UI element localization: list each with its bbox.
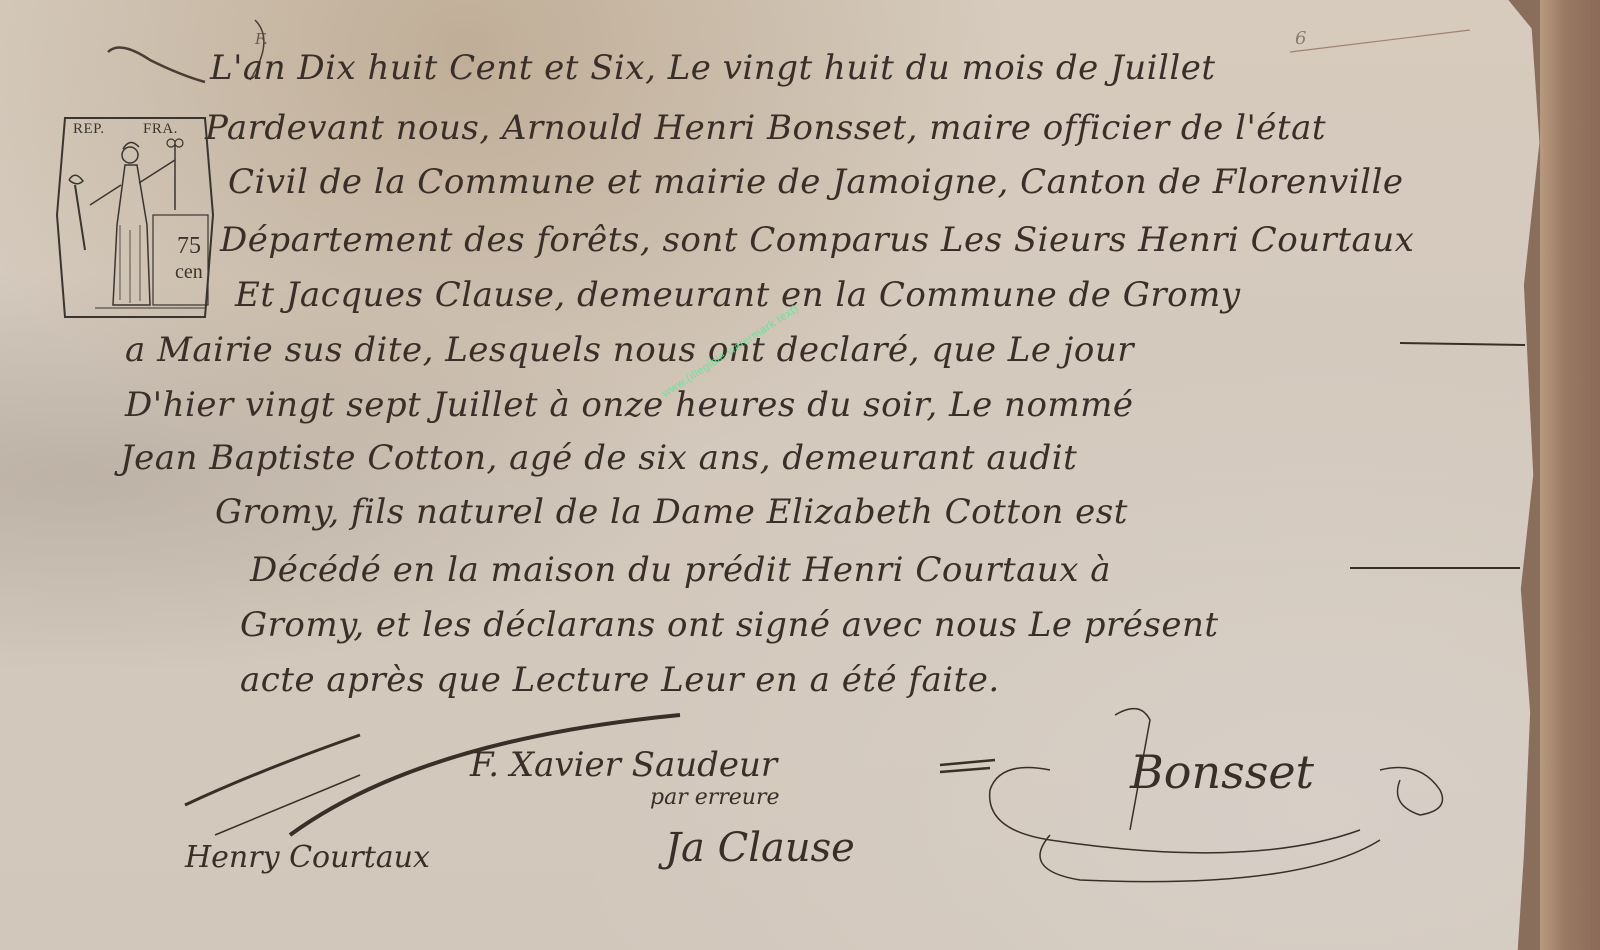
body-line-9: Gromy, fils naturel de la Dame Elizabeth… (215, 492, 1128, 532)
body-line-8: Jean Baptiste Cotton, agé de six ans, de… (120, 438, 1077, 478)
body-line-11: Gromy, et les déclarans ont signé avec n… (240, 605, 1219, 645)
stamp-fra-label: FRA. (143, 121, 178, 138)
folio-number: 6 (1295, 28, 1306, 49)
signature-mayor: Bonsset (1130, 745, 1314, 799)
body-line-1: L'an Dix huit Cent et Six, Le vingt huit… (210, 48, 1216, 88)
torn-page-edge (1540, 0, 1600, 950)
body-line-4: Département des forêts, sont Comparus Le… (220, 220, 1414, 260)
stamp-value: 75 (177, 233, 201, 260)
signature-witness-2: Ja Clause (665, 825, 855, 871)
body-line-7: D'hier vingt sept Juillet à onze heures … (125, 385, 1134, 425)
body-line-12: acte après que Lecture Leur en a été fai… (240, 660, 1000, 700)
body-line-3: Civil de la Commune et mairie de Jamoign… (228, 162, 1403, 202)
correction-name: F. Xavier Saudeur (470, 745, 777, 785)
body-line-5: Et Jacques Clause, demeurant en la Commu… (235, 275, 1241, 315)
stamp-rep-label: REP. (73, 121, 105, 138)
tax-stamp: REP. FRA. 75 cen (55, 115, 215, 320)
stamp-frame-icon (55, 115, 215, 320)
body-line-6: a Mairie sus dite, Lesquels nous ont dec… (125, 330, 1134, 370)
signature-witness-1: Henry Courtaux (185, 840, 430, 875)
margin-note: F. (255, 30, 268, 48)
body-line-2: Pardevant nous, Arnould Henri Bonsset, m… (205, 108, 1326, 148)
body-line-10: Décédé en la maison du prédit Henri Cour… (250, 550, 1111, 590)
correction-note: par erreure (650, 785, 780, 810)
stamp-unit: cen (175, 261, 203, 284)
